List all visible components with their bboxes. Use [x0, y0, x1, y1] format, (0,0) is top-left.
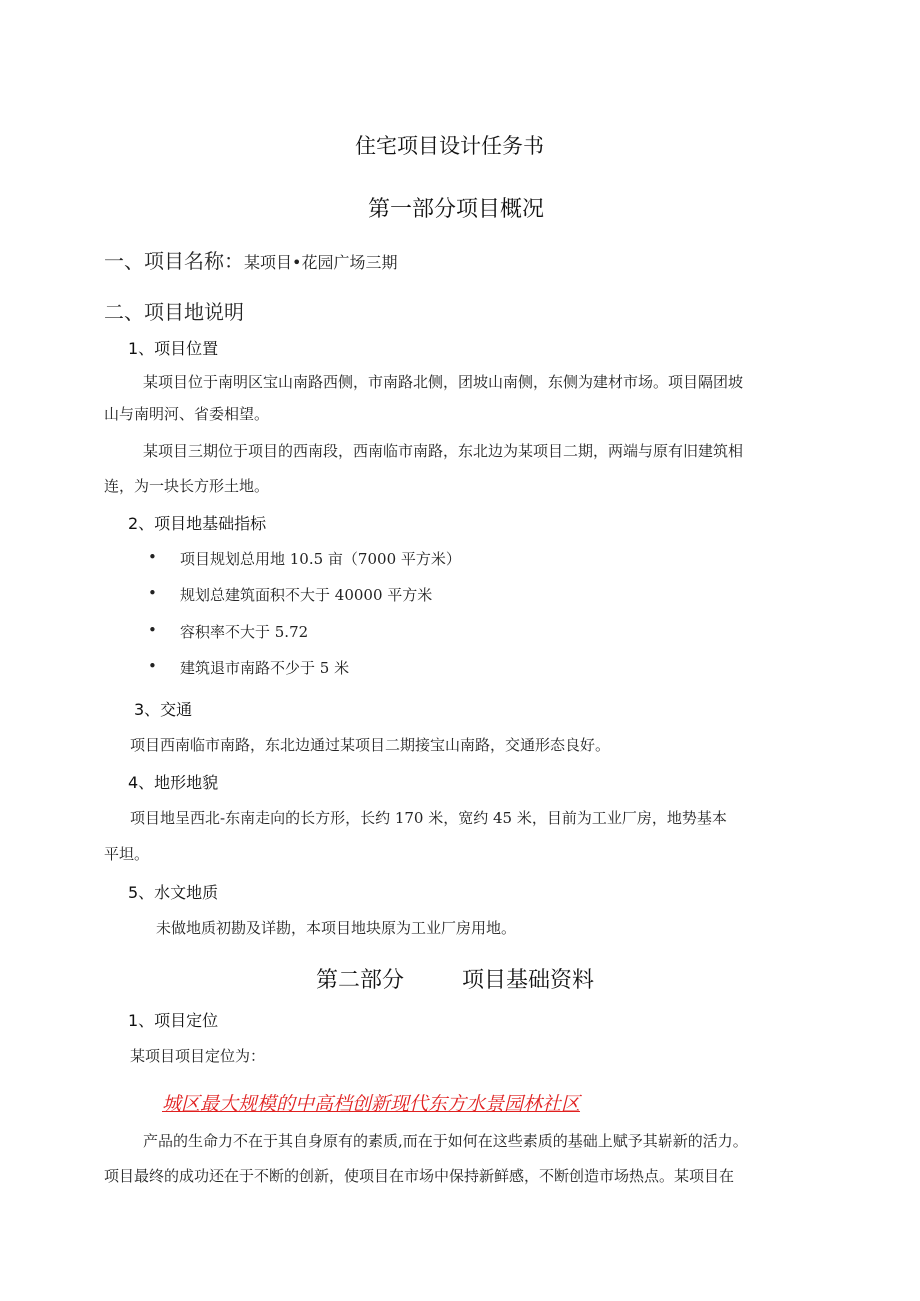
bullet-icon: • [148, 584, 157, 602]
part2-sub1-heading: 1、项目定位 [128, 1008, 218, 1031]
list-item: • 容积率不大于 5.72 [148, 621, 648, 641]
sub1-para1-line2: 山与南明河、省委相望。 [104, 403, 269, 424]
bullet-icon: • [148, 621, 157, 639]
positioning-para-line1: 产品的生命力不在于其自身原有的素质,而在于如何在这些素质的基础上赋予其崭新的活力… [143, 1130, 748, 1151]
part1-heading: 第一部分项目概况 [368, 192, 544, 223]
sub3-para: 项目西南临市南路，东北边通过某项目二期接宝山南路，交通形态良好。 [130, 734, 610, 755]
section1-label: 一、项目名称： [104, 249, 244, 273]
bullet-icon: • [148, 548, 157, 566]
sub1-para2-line1: 某项目三期位于项目的西南段，西南临市南路，东北边为某项目二期，两端与原有旧建筑相 [143, 440, 743, 461]
positioning-intro: 某项目项目定位为： [130, 1045, 265, 1066]
sub4-para-line2: 平坦。 [104, 843, 149, 864]
sub5-para: 未做地质初勘及详勘，本项目地块原为工业厂房用地。 [156, 917, 516, 938]
section2-heading: 二、项目地说明 [104, 296, 244, 325]
list-item: • 建筑退市南路不少于 5 米 [148, 657, 648, 677]
list-item: • 项目规划总用地 10.5 亩（7000 平方米） [148, 548, 648, 568]
list-item: • 规划总建筑面积不大于 40000 平方米 [148, 584, 648, 604]
sub4-heading: 4、地形地貌 [128, 770, 218, 793]
bullet-icon: • [148, 657, 157, 675]
section1-value: 某项目•花园广场三期 [244, 253, 397, 272]
sub3-heading: 3、交通 [134, 697, 192, 720]
sub2-heading: 2、项目地基础指标 [128, 511, 266, 534]
part2-heading-right: 项目基础资料 [462, 963, 594, 994]
document-title: 住宅项目设计任务书 [355, 130, 544, 160]
sub1-heading: 1、项目位置 [128, 336, 218, 359]
section1-project-name: 一、项目名称：某项目•花园广场三期 [104, 245, 397, 274]
part2-heading-left: 第二部分 [316, 963, 404, 994]
sub1-para1-line1: 某项目位于南明区宝山南路西侧，市南路北侧，团坡山南侧，东侧为建材市场。项目隔团坡 [143, 371, 743, 392]
positioning-slogan: 城区最大规模的中高档创新现代东方水景园林社区 [162, 1089, 580, 1116]
positioning-para-line2: 项目最终的成功还在于不断的创新，使项目在市场中保持新鲜感，不断创造市场热点。某项… [104, 1165, 734, 1186]
sub4-para-line1: 项目地呈西北-东南走向的长方形，长约 170 米，宽约 45 米，目前为工业厂房… [130, 807, 727, 828]
sub1-para2-line2: 连，为一块长方形土地。 [104, 475, 269, 496]
sub5-heading: 5、水文地质 [128, 880, 218, 903]
